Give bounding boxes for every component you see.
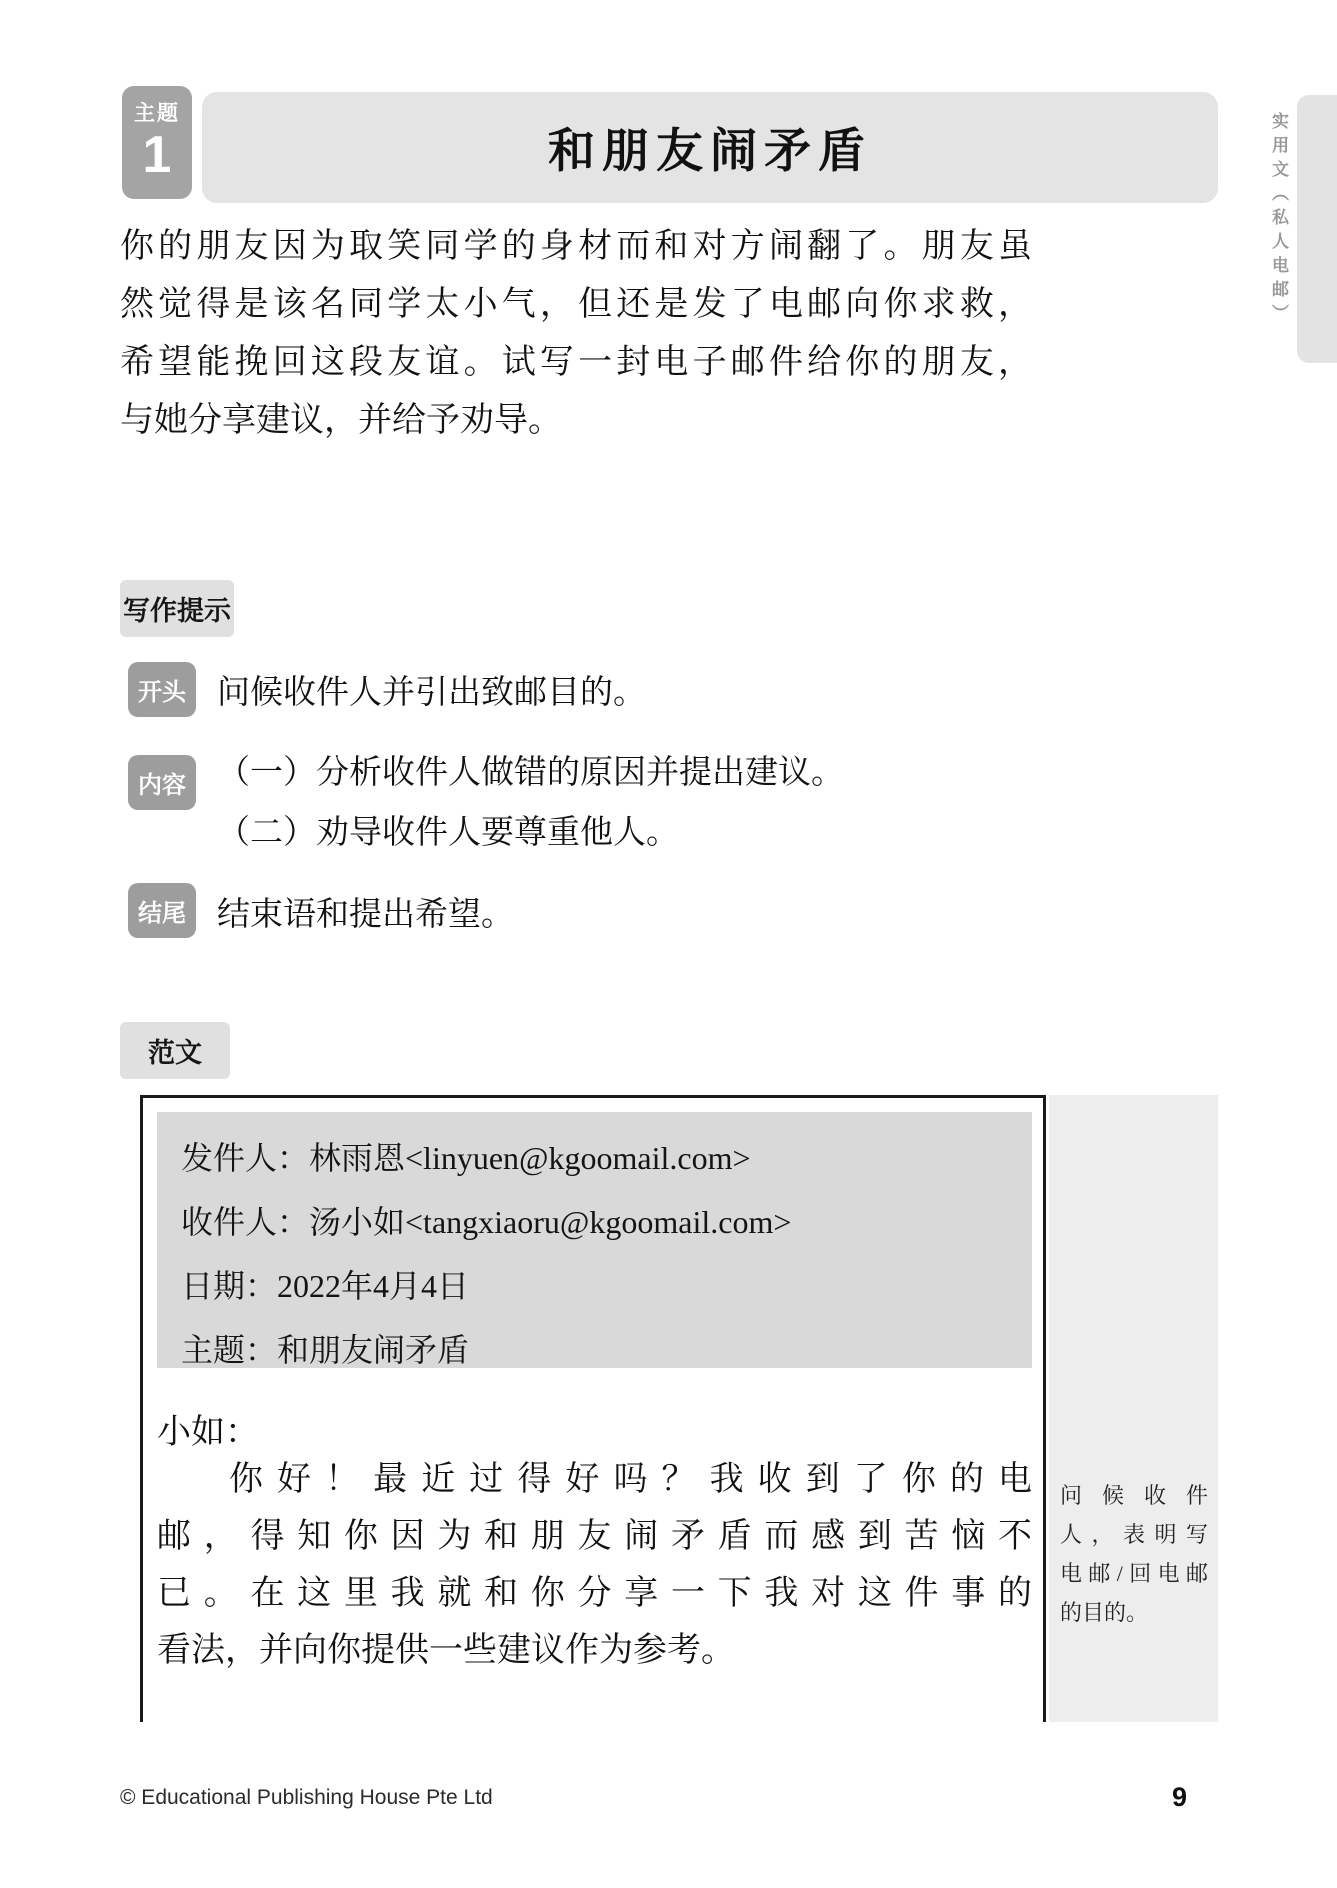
tip-text-ending: 结束语和提出希望。 <box>217 888 514 935</box>
intro-line: 与她分享建议，并给予劝导。 <box>120 392 1032 450</box>
topic-badge: 主题 1 <box>122 86 192 199</box>
email-body-line: 已。在这里我就和你分享一下我对这件事的 <box>157 1565 1032 1622</box>
tip-text-opening: 问候收件人并引出致邮目的。 <box>217 666 646 713</box>
footer-copyright: © Educational Publishing House Pte Ltd <box>120 1786 493 1810</box>
annotation-line: 的目的。 <box>1060 1593 1208 1632</box>
page-number: 9 <box>1172 1782 1187 1813</box>
email-header-line-date: 日期：2022年4月4日 <box>181 1254 1032 1318</box>
writing-tips-heading: 写作提示 <box>120 580 234 637</box>
intro-line: 然觉得是该名同学太小气，但还是发了电邮向你求救， <box>120 276 1032 334</box>
book-page: 主题 1 和朋友闹矛盾 实用文（私人电邮） 你的朋友因为取笑同学的身材而和对方闹… <box>0 0 1337 1888</box>
email-body-line: 你好！最近过得好吗？我收到了你的电 <box>157 1451 1032 1508</box>
tip-label-ending: 结尾 <box>128 883 196 938</box>
sample-heading: 范文 <box>120 1022 230 1079</box>
page-title: 和朋友闹矛盾 <box>548 114 872 181</box>
side-tab <box>1297 95 1337 363</box>
tip-label-opening: 开头 <box>128 662 196 717</box>
tip-text-content-1: （一）分析收件人做错的原因并提出建议。 <box>217 746 844 793</box>
topic-badge-number: 1 <box>143 129 172 181</box>
email-salutation: 小如： <box>157 1404 259 1453</box>
intro-paragraph: 你的朋友因为取笑同学的身材而和对方闹翻了。朋友虽 然觉得是该名同学太小气，但还是… <box>120 218 1032 450</box>
email-header-line-to: 收件人：汤小如<tangxiaoru@kgoomail.com> <box>181 1190 1032 1254</box>
annotation-text: 问候收件 人，表明写 电邮/回电邮 的目的。 <box>1060 1476 1208 1632</box>
intro-line: 希望能挽回这段友谊。试写一封电子邮件给你的朋友， <box>120 334 1032 392</box>
email-body-line: 看法，并向你提供一些建议作为参考。 <box>157 1622 1032 1679</box>
annotation-line: 问候收件 <box>1060 1476 1208 1515</box>
email-body-line: 邮，得知你因为和朋友闹矛盾而感到苦恼不 <box>157 1508 1032 1565</box>
email-header-line-from: 发件人：林雨恩<linyuen@kgoomail.com> <box>181 1126 1032 1190</box>
annotation-line: 电邮/回电邮 <box>1060 1554 1208 1593</box>
tip-text-content-2: （二）劝导收件人要尊重他人。 <box>217 806 679 853</box>
side-tab-label: 实用文（私人电邮） <box>1266 112 1291 352</box>
page-title-banner: 和朋友闹矛盾 <box>202 92 1218 203</box>
email-header-block: 发件人：林雨恩<linyuen@kgoomail.com> 收件人：汤小如<ta… <box>157 1112 1032 1368</box>
intro-line: 你的朋友因为取笑同学的身材而和对方闹翻了。朋友虽 <box>120 218 1032 276</box>
email-header-line-subject: 主题：和朋友闹矛盾 <box>181 1318 1032 1382</box>
annotation-line: 人，表明写 <box>1060 1515 1208 1554</box>
topic-badge-label: 主题 <box>134 97 180 127</box>
tip-label-content: 内容 <box>128 755 196 810</box>
email-body-paragraph: 你好！最近过得好吗？我收到了你的电 邮，得知你因为和朋友闹矛盾而感到苦恼不 已。… <box>157 1451 1032 1679</box>
